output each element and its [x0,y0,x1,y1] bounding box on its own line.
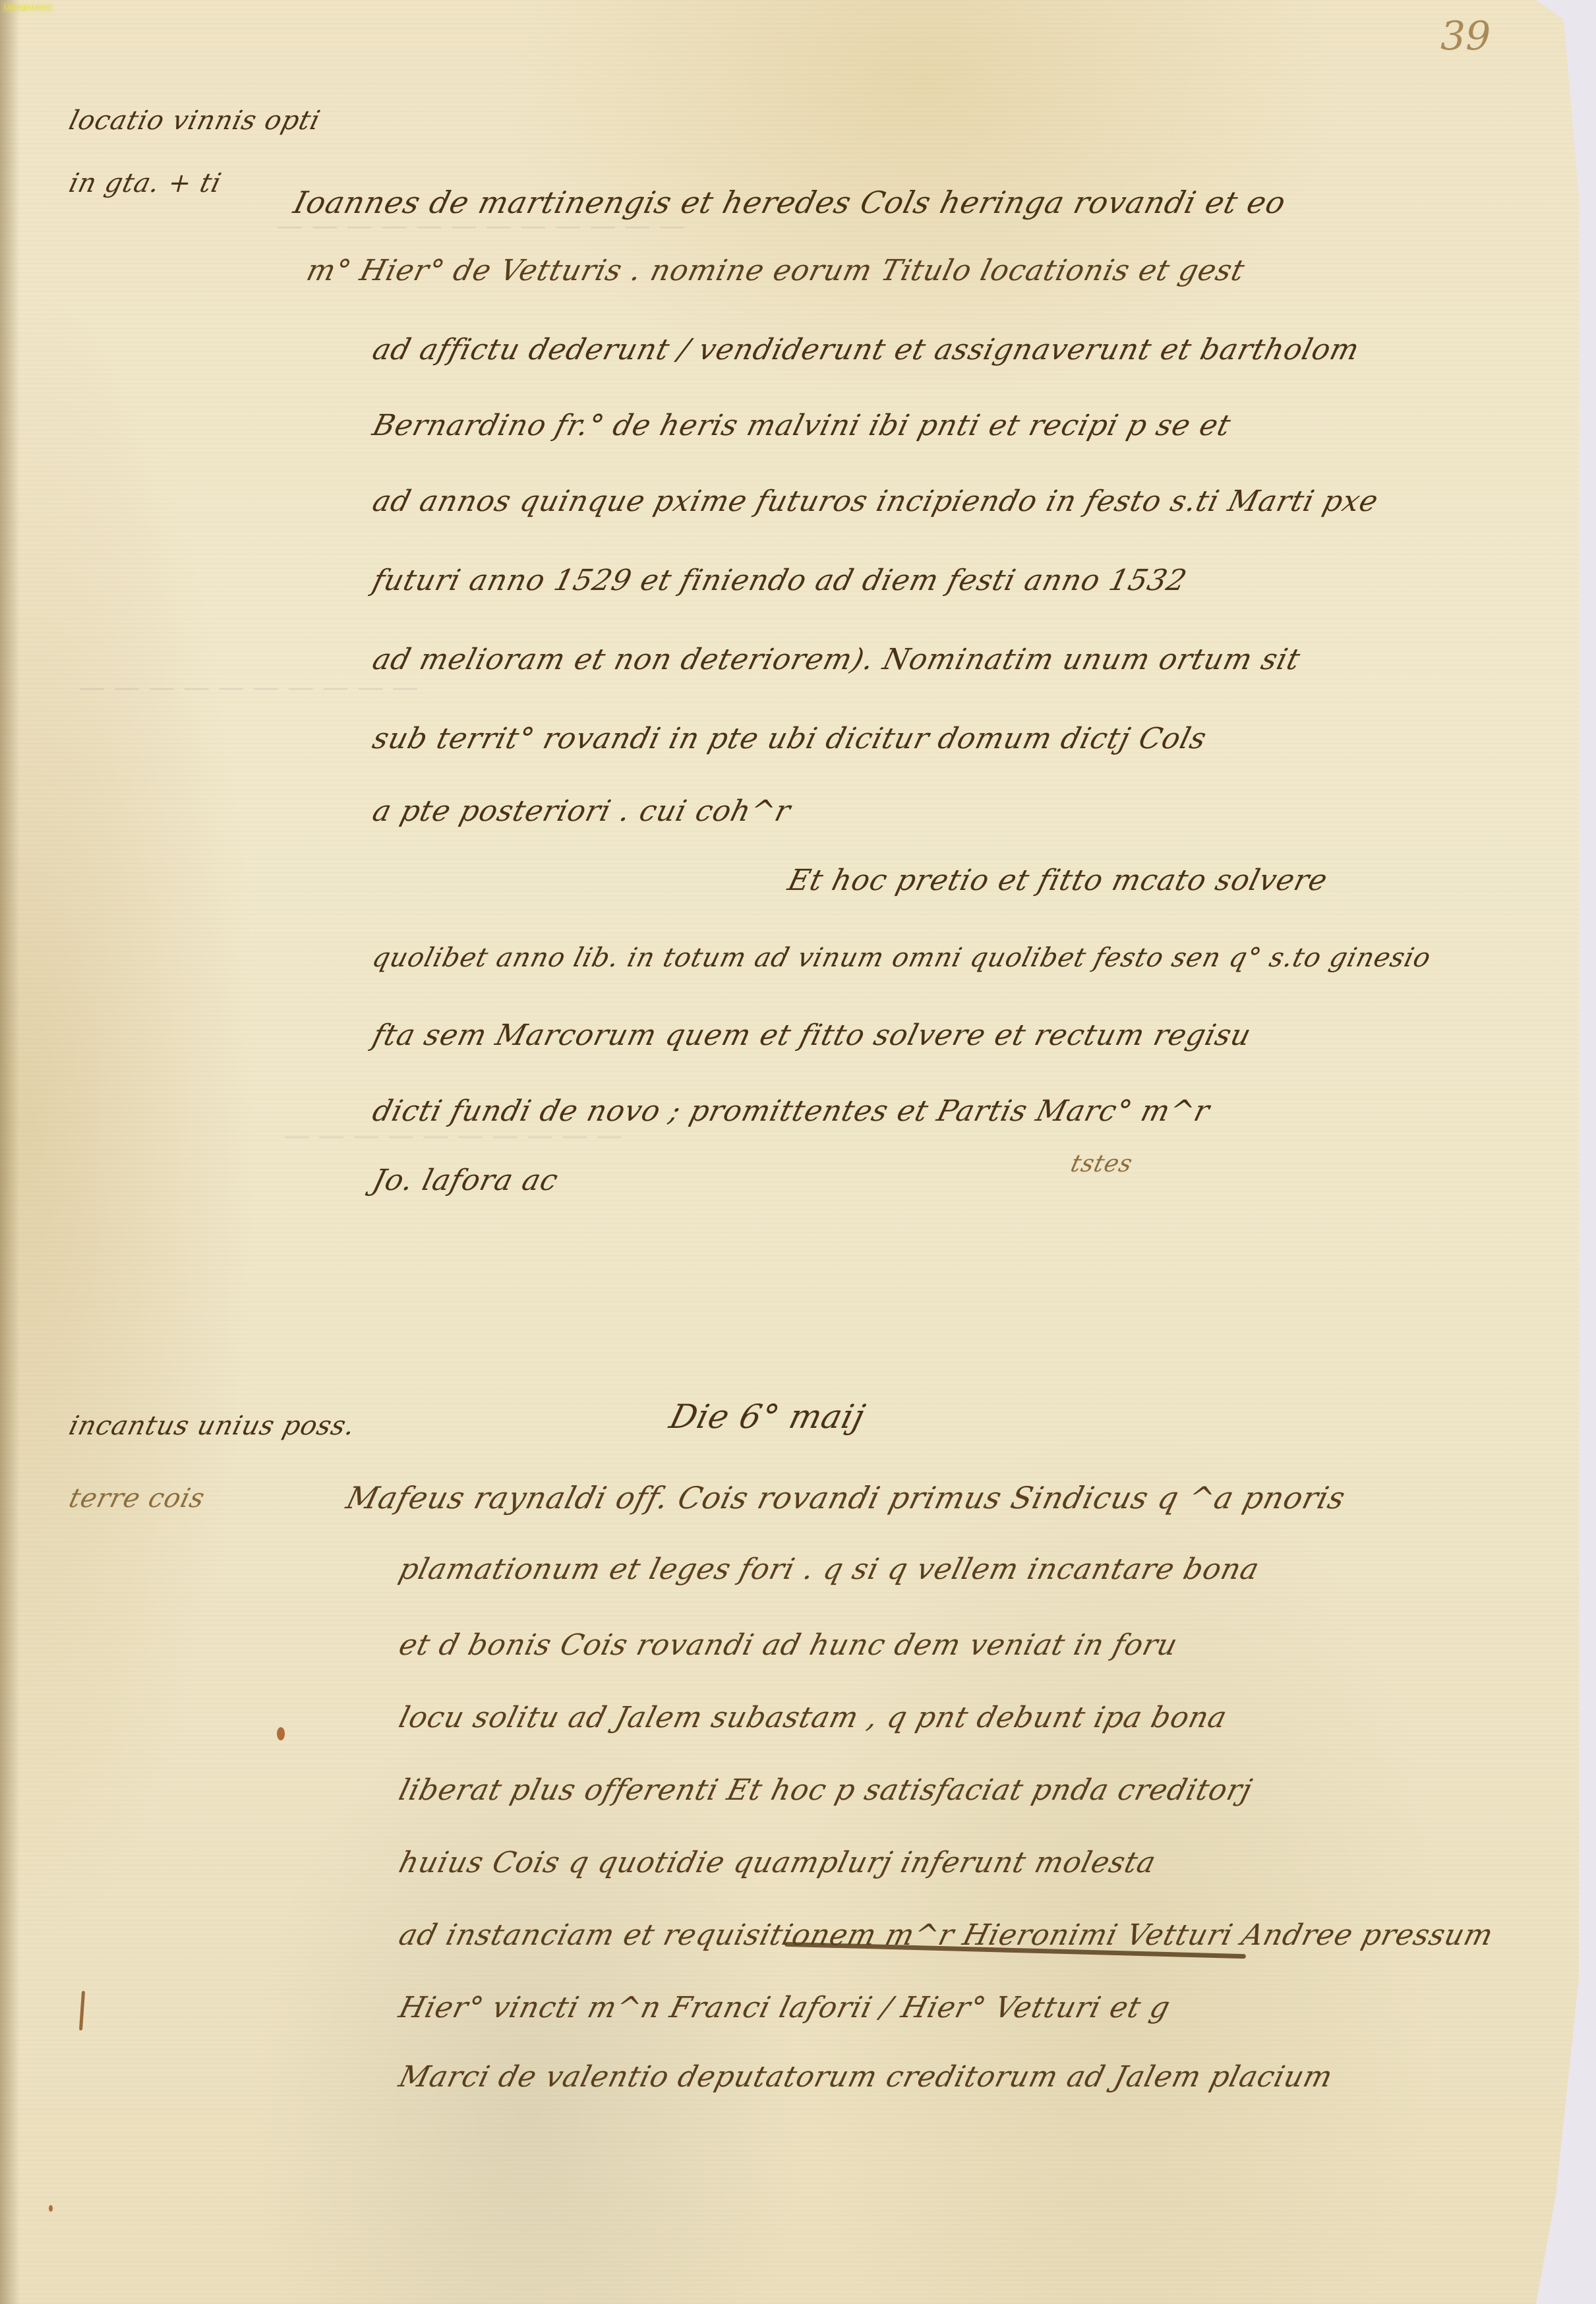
entry2-line: huius Cois q quotidie quamplurj inferunt… [396,1846,1160,1879]
entry1-line: a pte posteriori . cui coh^r [369,794,794,828]
unregistered-watermark-label: Unregistered [1,3,53,13]
ink-stain [277,1727,285,1740]
entry1-line: Jo. lafora ac [369,1164,562,1197]
entry1-line: ad affictu dederunt / vendiderunt et ass… [369,333,1363,367]
entry1-line: futuri anno 1529 et finiendo ad diem fes… [369,564,1191,597]
entry2-line: Marci de valentio deputatorum creditorum… [396,2060,1336,2094]
ink-stain [49,2205,53,2212]
entry1-line: m° Hier° de Vetturis . nomine eorum Titu… [303,254,1249,287]
entry2-date-heading: Die 6° maij [666,1398,869,1436]
bleed-through-text: — — — — — — — — — — [79,672,418,703]
entry2-line: locu solitu ad Jalem subastam , q pnt de… [396,1701,1231,1734]
entry1-line: sub territ° rovandi in pte ubi dicitur d… [369,722,1210,755]
entry1-margin-note: in gta. + ti [66,168,225,198]
entry1-line: ad melioram et non deteriorem). Nominati… [369,643,1304,676]
entry2-line: Mafeus raynaldi off. Cois rovandi primus… [343,1480,1349,1516]
entry2-line: et d bonis Cois rovandi ad hunc dem veni… [396,1628,1181,1662]
entry1-line: dicti fundi de novo ; promittentes et Pa… [369,1094,1214,1128]
entry1-witnesses-note: tstes [1068,1150,1135,1177]
manuscript-page: — — — — — — — — — — — — — — — — — — — — … [0,0,1579,2304]
entry2-margin-note: incantus unius poss. [66,1411,359,1441]
entry1-line: Et hoc pretio et fitto mcato solvere [784,864,1331,897]
binding-shadow [0,0,20,2304]
entry1-line: Ioannes de martinengis et heredes Cols h… [290,185,1289,220]
entry1-line: ad annos quinque pxime futuros incipiend… [369,485,1382,518]
folio-number: 39 [1440,13,1491,59]
entry1-line: fta sem Marcorum quem et fitto solvere e… [369,1019,1255,1052]
entry2-line: plamationum et leges fori . q si q velle… [396,1552,1263,1586]
entry2-margin-note: terre cois [66,1483,208,1514]
entry2-line: Hier° vincti m^n Franci laforii / Hier° … [396,1991,1174,2024]
entry1-line: Bernardino fr.° de heris malvini ibi pnt… [369,409,1235,442]
margin-tick-mark [79,1991,85,2030]
entry1-margin-note: locatio vinnis opti [66,105,324,136]
entry2-line: liberat plus offerenti Et hoc p satisfac… [396,1773,1256,1807]
entry1-line: quolibet anno lib. in totum ad vinum omn… [369,943,1434,973]
